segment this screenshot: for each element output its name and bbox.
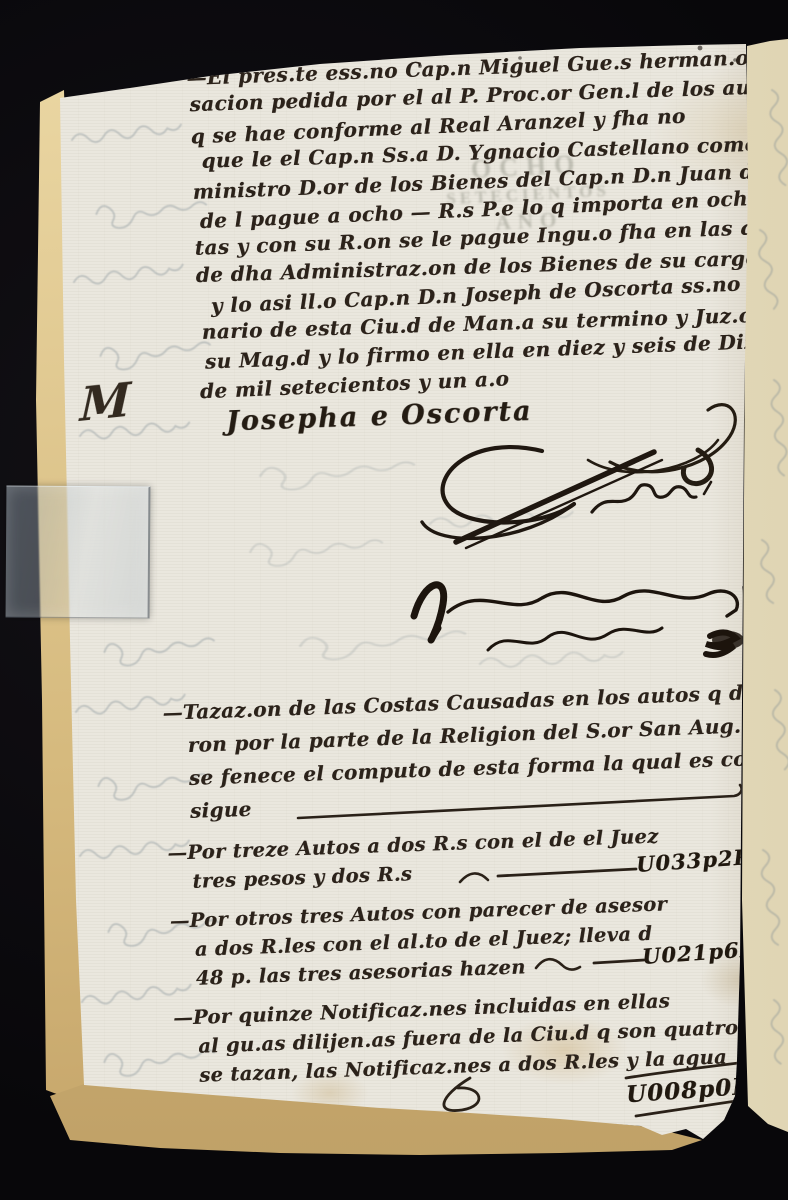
tasacion-text-block: —Tazaz.on de las Costas Causadas en los … (186, 676, 782, 1100)
cost-item: —Por quinze Notificaz.nes incluidas en e… (197, 983, 782, 1090)
cost-item: —Por otros tres Autos con parecer de ase… (193, 886, 778, 993)
amount-figure: U008p0R (625, 1076, 753, 1107)
certificate-text-block: —El pres.te ess.no Cap.n Miguel Gue.s he… (188, 43, 782, 405)
amount-figure: U021p6R (641, 938, 758, 968)
second-signature-rubric-icon (392, 558, 788, 678)
plastic-strip-weight (6, 485, 151, 618)
ink-blot (712, 631, 744, 649)
margin-monogram: M (79, 375, 131, 429)
photo-canvas: OCHO SETECIENTOS AÑO M —El pres.te ess.n… (0, 0, 788, 1200)
